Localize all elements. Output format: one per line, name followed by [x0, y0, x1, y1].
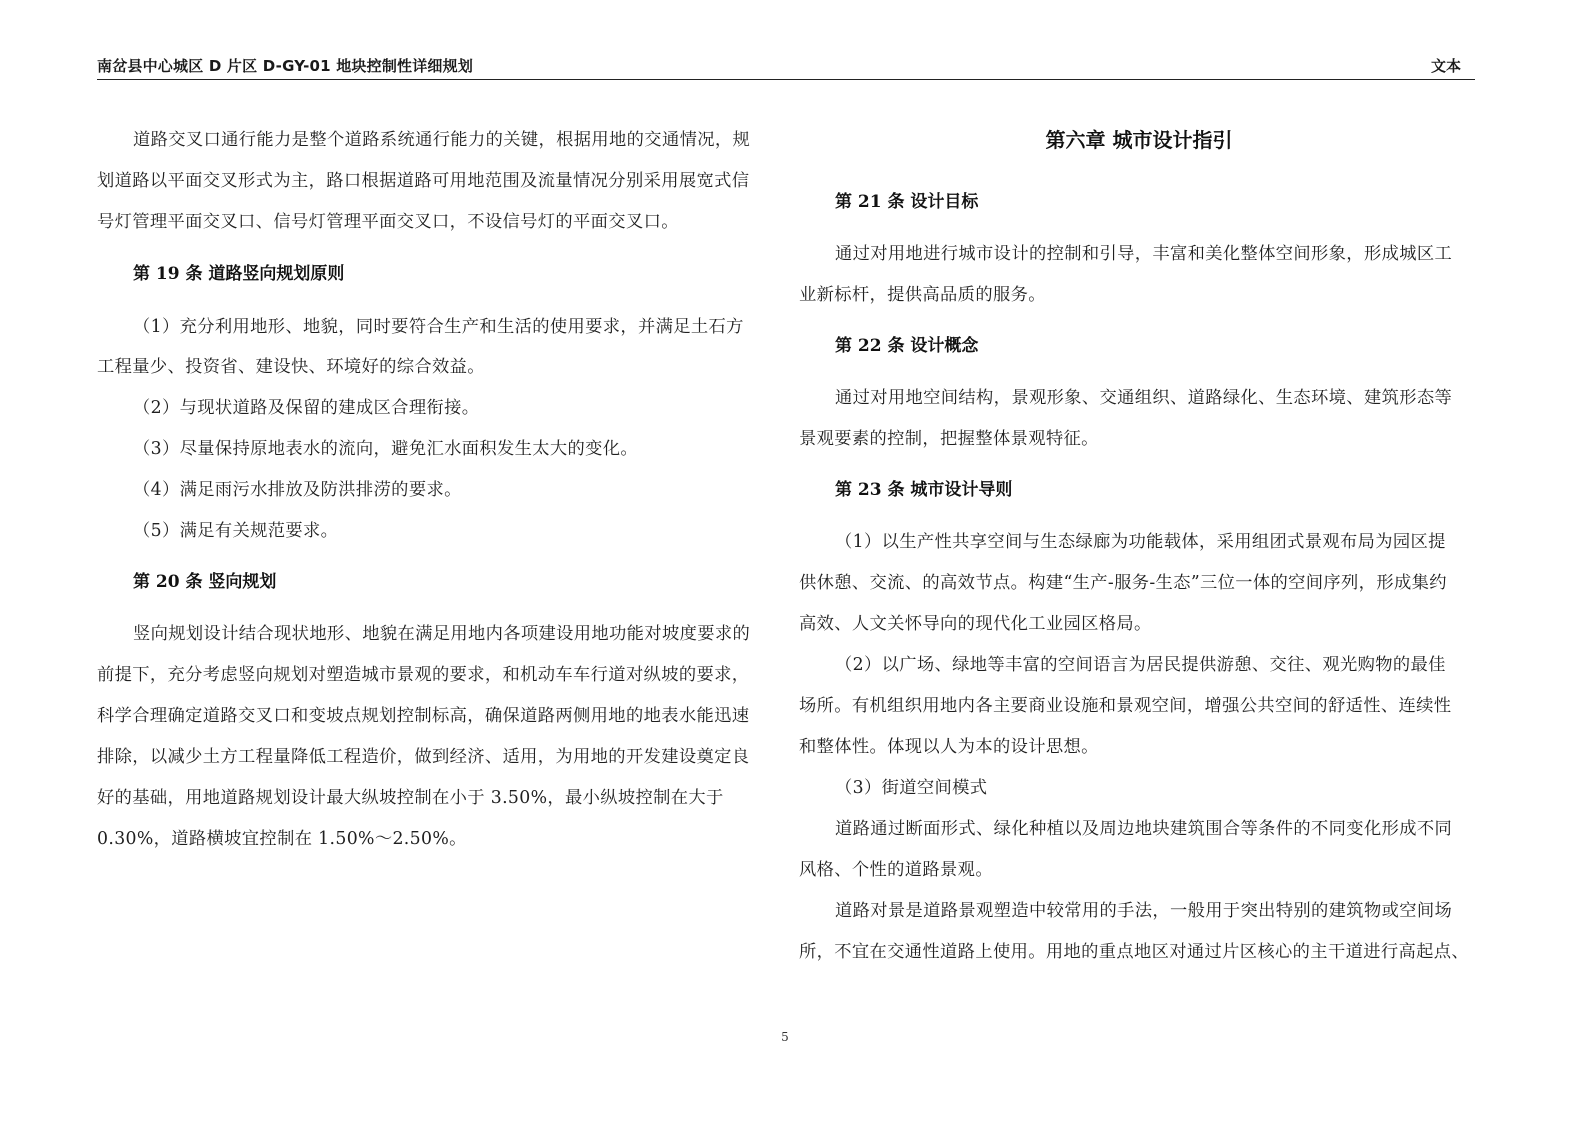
- page-number: 5: [779, 1030, 791, 1044]
- text-line: 划道路以平面交叉形式为主，路口根据道路可用地范围及流量情况分别采用展宽式信: [97, 169, 749, 193]
- text-line: 业新标杆，提供高品质的服务。: [799, 283, 1046, 307]
- text-line: 高效、人文关怀导向的现代化工业园区格局。: [799, 612, 1152, 636]
- text-line: 科学合理确定道路交叉口和变坡点规划控制标高，确保道路两侧用地的地表水能迅速: [97, 704, 749, 728]
- list-item: （5）满足有关规范要求。: [133, 519, 338, 543]
- article-20-heading: 第 20 条 竖向规划: [133, 570, 276, 594]
- text-line: 景观要素的控制，把握整体景观特征。: [799, 427, 1099, 451]
- list-item: （1）充分利用地形、地貌，同时要符合生产和生活的使用要求，并满足土石方: [133, 315, 744, 339]
- section-label: 文本: [1431, 55, 1461, 76]
- list-item: （2）与现状道路及保留的建成区合理衔接。: [133, 396, 479, 420]
- list-item-continuation: 工程量少、投资省、建设快、环境好的综合效益。: [97, 355, 485, 379]
- text-line: （2）以广场、绿地等丰富的空间语言为居民提供游憩、交往、观光购物的最佳: [835, 653, 1446, 677]
- list-item: （3）尽量保持原地表水的流向，避免汇水面积发生太大的变化。: [133, 437, 638, 461]
- text-line: 竖向规划设计结合现状地形、地貌在满足用地内各项建设用地功能对坡度要求的: [133, 622, 750, 646]
- text-line: 0.30%，道路横坡宜控制在 1.50%～2.50%。: [97, 827, 467, 851]
- article-21-heading: 第 21 条 设计目标: [835, 190, 978, 214]
- text-line: 好的基础，用地道路规划设计最大纵坡控制在小于 3.50%，最小纵坡控制在大于: [97, 786, 724, 810]
- text-line: 通过对用地进行城市设计的控制和引导，丰富和美化整体空间形象，形成城区工: [835, 242, 1452, 266]
- text-line: 通过对用地空间结构，景观形象、交通组织、道路绿化、生态环境、建筑形态等: [835, 386, 1452, 410]
- text-line: 风格、个性的道路景观。: [799, 858, 993, 882]
- article-23-heading: 第 23 条 城市设计导则: [835, 478, 1012, 502]
- article-22-heading: 第 22 条 设计概念: [835, 334, 978, 358]
- article-23-item-3: （3）街道空间模式: [835, 776, 987, 800]
- page-header: 南岔县中心城区 D 片区 D-GY-01 地块控制性详细规划 文本: [97, 55, 1475, 80]
- text-line: 道路对景是道路景观塑造中较常用的手法，一般用于突出特别的建筑物或空间场: [835, 899, 1452, 923]
- text-line: 号灯管理平面交叉口、信号灯管理平面交叉口，不设信号灯的平面交叉口。: [97, 210, 679, 234]
- text-line: （1）以生产性共享空间与生态绿廊为功能载体，采用组团式景观布局为园区提: [835, 530, 1446, 554]
- text-line: 前提下，充分考虑竖向规划对塑造城市景观的要求，和机动车车行道对纵坡的要求，: [97, 663, 749, 687]
- article-19-heading: 第 19 条 道路竖向规划原则: [133, 262, 344, 286]
- text-line: 道路通过断面形式、绿化种植以及周边地块建筑围合等条件的不同变化形成不同: [835, 817, 1452, 841]
- text-line: 供休憩、交流、的高效节点。构建“生产-服务-生态”三位一体的空间序列，形成集约: [799, 571, 1447, 595]
- text-line: 道路交叉口通行能力是整个道路系统通行能力的关键，根据用地的交通情况，规: [133, 128, 750, 152]
- document-title: 南岔县中心城区 D 片区 D-GY-01 地块控制性详细规划: [97, 55, 473, 76]
- text-line: 所，不宜在交通性道路上使用。用地的重点地区对通过片区核心的主干道进行高起点、: [799, 940, 1469, 964]
- text-line: 排除，以减少土方工程量降低工程造价，做到经济、适用，为用地的开发建设奠定良: [97, 745, 749, 769]
- chapter-title: 第六章 城市设计指引: [799, 126, 1479, 154]
- text-line: 和整体性。体现以人为本的设计思想。: [799, 735, 1099, 759]
- list-item: （4）满足雨污水排放及防洪排涝的要求。: [133, 478, 462, 502]
- text-line: 场所。有机组织用地内各主要商业设施和景观空间，增强公共空间的舒适性、连续性: [799, 694, 1451, 718]
